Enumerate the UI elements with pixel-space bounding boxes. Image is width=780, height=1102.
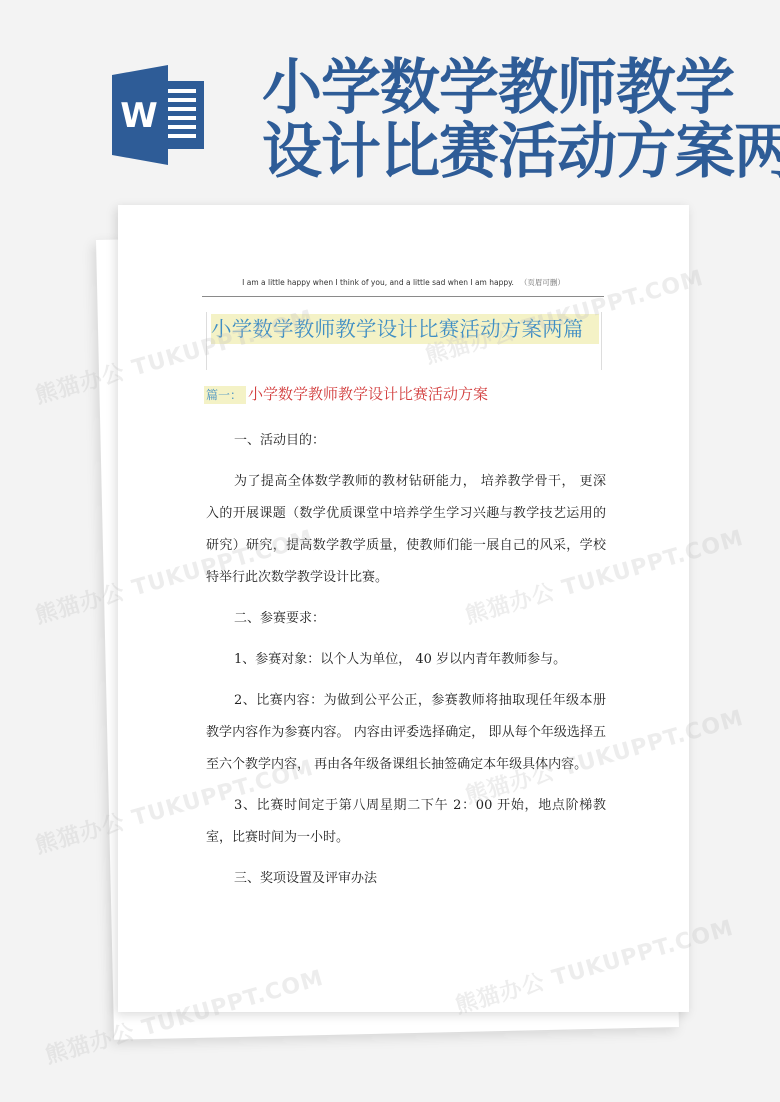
section-heading: 篇一：小学数学教师教学设计比赛活动方案 <box>204 383 488 405</box>
heading-awards: 三、奖项设置及评审办法 <box>206 863 606 895</box>
paragraph-time: 3、比赛时间定于第八周星期二下午 2：00 开始，地点阶梯教室，比赛时间为一小时… <box>206 790 606 854</box>
section-prefix: 篇一： <box>204 386 246 404</box>
document-page: I am a little happy when I think of you,… <box>118 205 689 1012</box>
heading-activity-purpose: 一、活动目的： <box>206 425 606 457</box>
header-divider <box>202 296 604 297</box>
paragraph-purpose: 为了提高全体数学教师的教材钻研能力， 培养教学骨干， 更深入的开展课题（数学优质… <box>206 466 606 594</box>
paragraph-content: 2、比赛内容：为做到公平公正，参赛教师将抽取现任年级本册教学内容作为参赛内容。 … <box>206 685 606 781</box>
banner-title: 小学数学教师教学 设计比赛活动方案两篇 <box>262 56 780 184</box>
running-header: I am a little happy when I think of you,… <box>118 277 689 288</box>
document-body: 一、活动目的： 为了提高全体数学教师的教材钻研能力， 培养教学骨干， 更深入的开… <box>206 425 606 895</box>
document-title: 小学数学教师教学设计比赛活动方案两篇 <box>211 314 599 344</box>
heading-requirements: 二、参赛要求： <box>206 603 606 635</box>
banner-title-line2: 设计比赛活动方案两篇 <box>262 120 780 184</box>
section-name: 小学数学教师教学设计比赛活动方案 <box>246 385 488 403</box>
running-header-text: I am a little happy when I think of you,… <box>242 278 514 287</box>
paragraph-participants: 1、参赛对象：以个人为单位， 40 岁以内青年教师参与。 <box>206 644 606 676</box>
title-box: 小学数学教师教学设计比赛活动方案两篇 <box>206 312 602 370</box>
running-header-note: （页眉可删） <box>520 278 565 287</box>
banner-title-line1: 小学数学教师教学 <box>262 56 780 120</box>
svg-text:W: W <box>120 96 158 136</box>
word-document-icon: W <box>108 65 208 165</box>
